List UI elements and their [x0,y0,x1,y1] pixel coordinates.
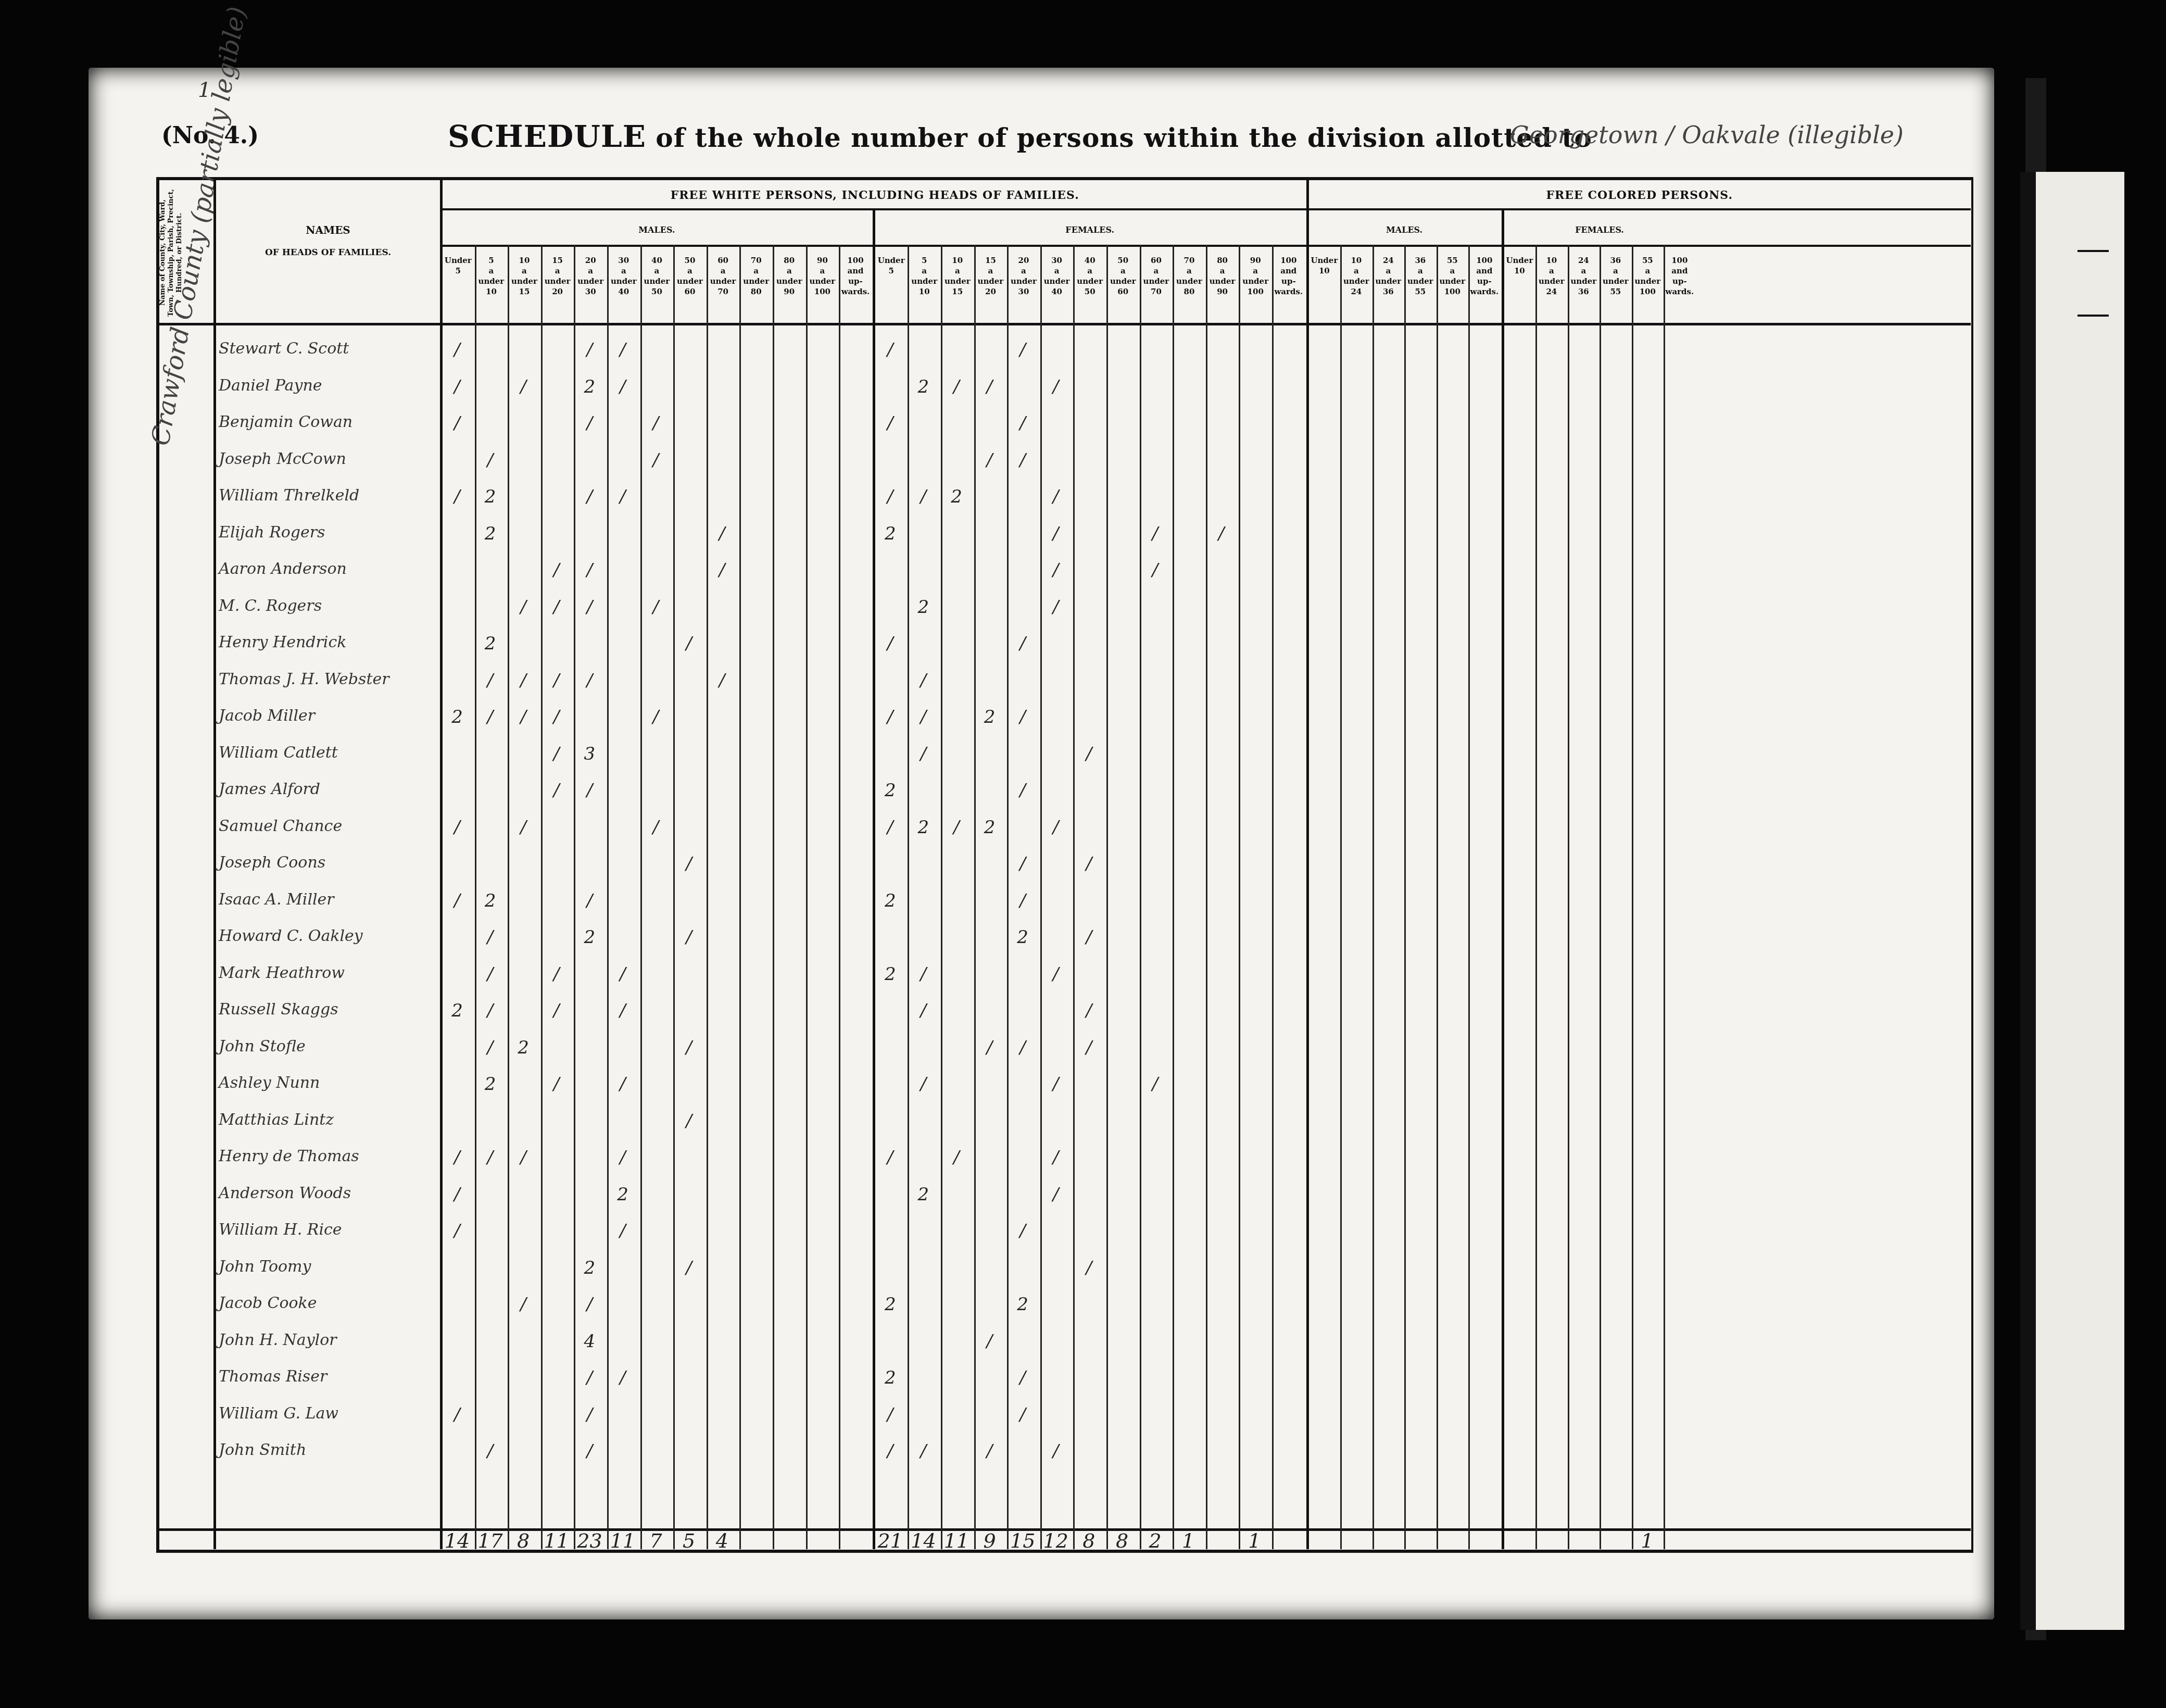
white-female-age-header: 80a under90 [1206,255,1239,297]
white-female-count: / [1040,486,1072,507]
colored-female-col-line [1632,245,1633,1549]
white-male-count: 2 [475,486,506,507]
white-male-count: 3 [574,744,605,764]
white-female-count: / [875,1147,906,1168]
white-female-count: / [908,1441,939,1462]
head-of-family-name: William H. Rice [219,1221,437,1239]
white-female-col-line [1140,245,1141,1549]
white-female-total: 15 [1007,1529,1038,1552]
age-label-text: 10 [908,286,941,297]
white-female-count: 2 [875,964,906,985]
age-label-text: and up- [1272,266,1305,286]
white-female-count: / [875,817,906,838]
colored-male-col-line [1372,245,1374,1549]
header-bottom-rule [156,323,1971,325]
head-of-family-name: John Toomy [219,1258,437,1276]
age-label-text: 5 [475,255,508,266]
white-male-count: / [475,1000,506,1021]
white-male-count: / [442,890,473,911]
age-label-text: 15 [941,286,974,297]
white-female-count: / [1007,1037,1038,1058]
age-label-text: 40 [607,286,640,297]
age-label-text: 100 [1468,255,1501,266]
white-male-count: / [508,817,539,838]
age-label-text: a under [1040,266,1074,286]
age-label-text: a under [707,266,740,286]
free-white-title: FREE WHITE PERSONS, INCLUDING HEADS OF F… [442,189,1308,202]
age-label-text: a under [739,266,773,286]
head-of-family-name: Matthias Lintz [219,1111,437,1129]
age-label-text: 36 [1568,286,1600,297]
head-of-family-name: Ashley Nunn [219,1074,437,1092]
white-female-count: / [1140,1074,1171,1095]
white-males-title: MALES. [442,225,872,235]
age-label-text: 80 [1206,255,1239,266]
white-female-count: / [1040,817,1072,838]
age-label-text: 10 [1535,255,1568,266]
white-male-count: 2 [475,1074,506,1095]
age-label-text: a under [574,266,607,286]
age-label-text: 15 [541,255,574,266]
age-label-text: a under [1632,266,1664,286]
head-of-family-name: John Stofle [219,1037,437,1056]
age-label-text: 10 [1340,255,1372,266]
white-female-count: 2 [1007,927,1038,948]
age-label-text: 100 [1664,255,1696,266]
colored-females-title: FEMALES. [1504,225,1696,235]
white-male-count: / [574,1294,605,1315]
white-male-count: / [442,1221,473,1241]
white-female-col-line [974,245,976,1549]
white-male-count: 2 [574,927,605,948]
white-male-count: / [475,670,506,691]
white-female-age-header: Under5 [875,255,908,276]
white-female-col-line [1173,245,1174,1549]
white-male-count: / [541,560,572,581]
age-label-text: Under [1504,255,1536,266]
white-male-count: / [442,817,473,838]
white-female-age-header: 90a under100 [1239,255,1272,297]
colored-female-col-line [1568,245,1569,1549]
white-male-count: / [673,1037,704,1058]
white-female-count: / [908,744,939,764]
age-label-text: 60 [673,286,707,297]
white-male-col-line [806,245,808,1549]
white-female-count: 2 [875,890,906,911]
age-label-text: 36 [1600,255,1632,266]
head-of-family-name: Jacob Cooke [219,1294,437,1312]
white-male-count: / [574,1367,605,1388]
age-label-text: a under [806,266,839,286]
white-female-count: / [875,340,906,360]
white-male-count: / [673,927,704,948]
white-male-count: / [541,1074,572,1095]
white-male-count: / [673,853,704,874]
white-male-count: / [442,413,473,434]
white-male-count: / [541,707,572,727]
white-male-count: / [442,1184,473,1205]
white-female-count: 2 [974,817,1005,838]
white-female-age-header: 70a under80 [1173,255,1206,297]
white-male-count: / [475,1441,506,1462]
colored-male-col-line [1404,245,1406,1549]
white-female-count: / [1007,1404,1038,1425]
white-female-count: / [875,1441,906,1462]
head-of-family-name: Henry de Thomas [219,1147,437,1165]
white-female-count: 2 [875,1294,906,1315]
white-male-col-line [773,245,774,1549]
white-females-title: FEMALES. [875,225,1305,235]
white-male-count: / [607,340,638,360]
white-male-count: / [475,1037,506,1058]
white-male-count: / [508,1294,539,1315]
white-male-count: / [574,486,605,507]
age-label-text: a under [1340,266,1372,286]
head-of-family-name: Joseph Coons [219,853,437,872]
white-female-count: 2 [908,597,939,618]
age-label-text: and up- [1468,266,1501,286]
white-female-count: / [1073,1258,1104,1278]
adjacent-page-lines [2077,250,2109,317]
white-female-total: 8 [1073,1529,1104,1552]
white-male-col-line [707,245,708,1549]
age-label-text: a under [1568,266,1600,286]
age-label-text: a under [475,266,508,286]
age-label-text: a under [1372,266,1405,286]
white-male-age-header: 10a under15 [508,255,541,297]
age-label-text: 20 [541,286,574,297]
white-male-col-line [739,245,741,1549]
age-label-text: 55 [1632,255,1664,266]
age-label-text: 100 [1632,286,1664,297]
white-male-age-header: 60a under70 [707,255,740,297]
white-male-age-header: 70a under80 [739,255,773,297]
age-label-text: a under [640,266,674,286]
age-label-text: 10 [941,255,974,266]
age-label-text: 24 [1340,286,1372,297]
white-female-count: / [875,413,906,434]
head-of-family-name: Aaron Anderson [219,560,437,578]
age-label-text: 24 [1372,255,1405,266]
white-male-count: / [541,670,572,691]
white-female-age-header: 10a under15 [941,255,974,297]
colored-female-age-header: 24a under36 [1568,255,1600,297]
white-male-age-header: 30a under40 [607,255,640,297]
age-label-text: 40 [1040,286,1074,297]
white-male-count: / [574,670,605,691]
age-label-text: 15 [974,255,1008,266]
white-male-count: / [442,1147,473,1168]
white-female-count: / [908,964,939,985]
age-label-text: wards. [1272,286,1305,297]
colored-male-col-line [1468,245,1470,1549]
white-male-count: / [442,376,473,397]
division-handwritten: Georgetown / Oakvale (illegible) [1510,121,1904,149]
white-male-age-header: 5a under10 [475,255,508,297]
white-female-count: 2 [875,1367,906,1388]
age-label-text: a under [1007,266,1040,286]
white-female-age-header: 15a under20 [974,255,1008,297]
place-column-header: Name of County, City, Ward, Town, Townsh… [159,187,211,318]
white-male-total: 17 [475,1529,506,1552]
white-female-count: / [1140,523,1171,544]
white-female-count: / [1007,1221,1038,1241]
white-female-count: / [1040,1441,1072,1462]
white-female-col-line [1239,245,1240,1549]
white-male-count: / [607,1367,638,1388]
white-male-col-line [607,245,609,1549]
white-female-count: / [908,670,939,691]
age-label-text: 36 [1372,286,1405,297]
age-label-text: a under [1173,266,1206,286]
age-label-text: 20 [574,255,607,266]
white-male-count: 2 [607,1184,638,1205]
white-female-age-header: 30a under40 [1040,255,1074,297]
white-female-count: / [941,817,972,838]
age-label-text: 80 [1173,286,1206,297]
white-male-count: 2 [442,1000,473,1021]
white-male-count: / [541,780,572,801]
white-female-age-header: 60a under70 [1140,255,1173,297]
age-label-text: wards. [1468,286,1501,297]
white-male-total: 11 [541,1529,572,1552]
age-label-text: a under [607,266,640,286]
white-female-count: / [1040,1184,1072,1205]
head-of-family-name: Benjamin Cowan [219,413,437,431]
age-label-text: 60 [1140,255,1173,266]
head-of-family-name: Anderson Woods [219,1184,437,1202]
head-of-family-name: Henry Hendrick [219,633,437,651]
white-female-count: / [974,450,1005,471]
white-female-age-header: 20a under30 [1007,255,1040,297]
white-male-age-header: 80a under90 [773,255,806,297]
head-of-family-name: James Alford [219,780,437,798]
white-female-count: / [1073,744,1104,764]
white-male-count: / [442,340,473,360]
white-female-count: / [908,707,939,727]
head-of-family-name: Isaac A. Miller [219,890,437,909]
colored-female-col-line [1600,245,1601,1549]
white-male-count: / [707,670,738,691]
white-male-age-header: 40a under50 [640,255,674,297]
white-male-count: 4 [574,1331,605,1352]
white-male-total: 4 [707,1529,738,1552]
schedule-title-rest: of the whole number of persons within th… [656,122,1592,153]
white-male-count: / [508,670,539,691]
age-label-text: 5 [875,266,908,276]
white-male-age-header: Under5 [442,255,475,276]
white-male-count: 2 [574,1258,605,1278]
white-male-count: 2 [475,523,506,544]
white-male-count: / [607,1221,638,1241]
white-female-total: 14 [908,1529,939,1552]
white-female-count: / [875,1404,906,1425]
white-female-count: / [1007,450,1038,471]
white-male-count: / [475,450,506,471]
white-female-count: / [941,376,972,397]
white-male-count: / [574,1441,605,1462]
white-male-count: / [607,1147,638,1168]
white-male-count: 2 [508,1037,539,1058]
white-female-count: 2 [875,780,906,801]
age-label-text: 10 [475,286,508,297]
age-label-text: a under [1600,266,1632,286]
head-of-family-name: William G. Law [219,1404,437,1423]
white-female-count: / [1007,413,1038,434]
white-male-col-line [508,245,509,1549]
age-label-text: a under [1239,266,1272,286]
white-male-count: / [673,633,704,654]
white-male-age-header: 100and up-wards. [839,255,872,297]
white-female-col-line [1040,245,1042,1549]
white-female-age-header: 5a under10 [908,255,941,297]
age-label-text: a under [773,266,806,286]
white-male-count: / [508,707,539,727]
colored-male-age-header: 36a under55 [1404,255,1437,297]
white-female-count: / [1007,890,1038,911]
age-label-text: 20 [974,286,1008,297]
white-male-count: / [574,340,605,360]
age-label-text: 36 [1404,255,1437,266]
white-female-count: / [908,1000,939,1021]
age-label-text: 70 [707,286,740,297]
age-label-text: a under [1073,266,1106,286]
white-male-count: / [574,597,605,618]
white-female-total: 21 [875,1529,906,1552]
age-label-text: 30 [1007,286,1040,297]
age-label-text: 50 [640,286,674,297]
white-male-count: / [640,597,672,618]
age-label-text: 50 [673,255,707,266]
white-male-total: 7 [640,1529,672,1552]
place-col-divider [213,177,216,1549]
white-male-count: 2 [475,633,506,654]
age-label-text: 10 [508,255,541,266]
white-female-count: / [974,376,1005,397]
white-male-female-divider [873,208,875,1549]
white-male-count: / [541,744,572,764]
white-sub-rule [442,208,1971,210]
white-male-count: / [707,523,738,544]
white-female-count: / [875,707,906,727]
age-label-text: 60 [1106,286,1140,297]
white-male-count: / [707,560,738,581]
white-female-count: / [1040,964,1072,985]
white-female-count: / [1073,1000,1104,1021]
white-female-count: / [908,1074,939,1095]
age-label-text: 40 [1073,255,1106,266]
age-label-text: 40 [640,255,674,266]
colored-male-age-header: Under10 [1308,255,1341,276]
colored-male-col-line [1437,245,1438,1549]
age-label-text: a under [673,266,707,286]
adjacent-page [2020,172,2124,1630]
white-male-count: / [607,1000,638,1021]
age-label-text: a under [1437,266,1469,286]
white-female-count: 2 [908,1184,939,1205]
age-label-text: 100 [1272,255,1305,266]
head-of-family-name: Elijah Rogers [219,523,437,542]
white-female-count: / [908,486,939,507]
head-of-family-name: Thomas J. H. Webster [219,670,437,688]
names-header-line1: NAMES [219,224,437,236]
white-male-total: 11 [607,1529,638,1552]
white-male-count: / [508,1147,539,1168]
white-female-count: 2 [875,523,906,544]
white-male-total: 8 [508,1529,539,1552]
white-female-count: / [1073,1037,1104,1058]
age-label-text: 90 [773,286,806,297]
white-female-count: / [974,1037,1005,1058]
white-male-count: / [541,597,572,618]
colored-female-col-line [1664,245,1665,1549]
colored-female-age-header: 36a under55 [1600,255,1632,297]
age-label-text: 90 [1239,255,1272,266]
colored-male-age-header: 24a under36 [1372,255,1405,297]
white-female-total: 2 [1140,1529,1171,1552]
colored-male-age-header: 100and up-wards. [1468,255,1501,297]
age-label-text: 10 [1504,266,1536,276]
age-label-text: and up- [1664,266,1696,286]
white-female-count: / [1007,340,1038,360]
white-female-count: / [1040,376,1072,397]
white-male-count: / [475,964,506,985]
head-of-family-name: Samuel Chance [219,817,437,835]
age-label-text: 50 [1073,286,1106,297]
colored-female-age-header: 100and up-wards. [1664,255,1696,297]
white-male-count: / [673,1258,704,1278]
white-female-count: / [1007,780,1038,801]
age-label-text: 30 [574,286,607,297]
age-label-text: 15 [508,286,541,297]
white-female-count: 2 [974,707,1005,727]
age-label-text: 55 [1600,286,1632,297]
colored-female-total: 1 [1632,1529,1663,1552]
white-female-count: / [1007,707,1038,727]
free-colored-title: FREE COLORED PERSONS. [1308,189,1971,202]
white-female-count: / [1040,597,1072,618]
white-female-col-line [908,245,909,1549]
age-label-text: a under [1206,266,1239,286]
white-female-count: / [875,633,906,654]
white-male-count: / [640,707,672,727]
white-male-age-header: 50a under60 [673,255,707,297]
white-female-count: 2 [1007,1294,1038,1315]
age-label-text: Under [442,255,475,266]
white-male-col-line [640,245,642,1549]
white-male-total: 14 [442,1529,473,1552]
age-label-text: a under [1404,266,1437,286]
white-male-count: / [442,1404,473,1425]
white-female-total: 1 [1239,1529,1270,1552]
white-female-count: / [1140,560,1171,581]
white-female-col-line [1106,245,1108,1549]
age-label-text: 24 [1535,286,1568,297]
white-female-total: 8 [1106,1529,1138,1552]
white-female-count: / [1073,927,1104,948]
white-female-count: / [1206,523,1237,544]
white-male-count: / [508,597,539,618]
white-male-count: / [508,376,539,397]
white-male-count: / [541,964,572,985]
colored-female-col-line [1535,245,1537,1549]
head-of-family-name: Stewart C. Scott [219,340,437,358]
age-label-text: 80 [739,286,773,297]
age-label-text: and up- [839,266,872,286]
head-of-family-name: Daniel Payne [219,376,437,395]
age-label-text: 5 [908,255,941,266]
white-male-count: / [607,486,638,507]
